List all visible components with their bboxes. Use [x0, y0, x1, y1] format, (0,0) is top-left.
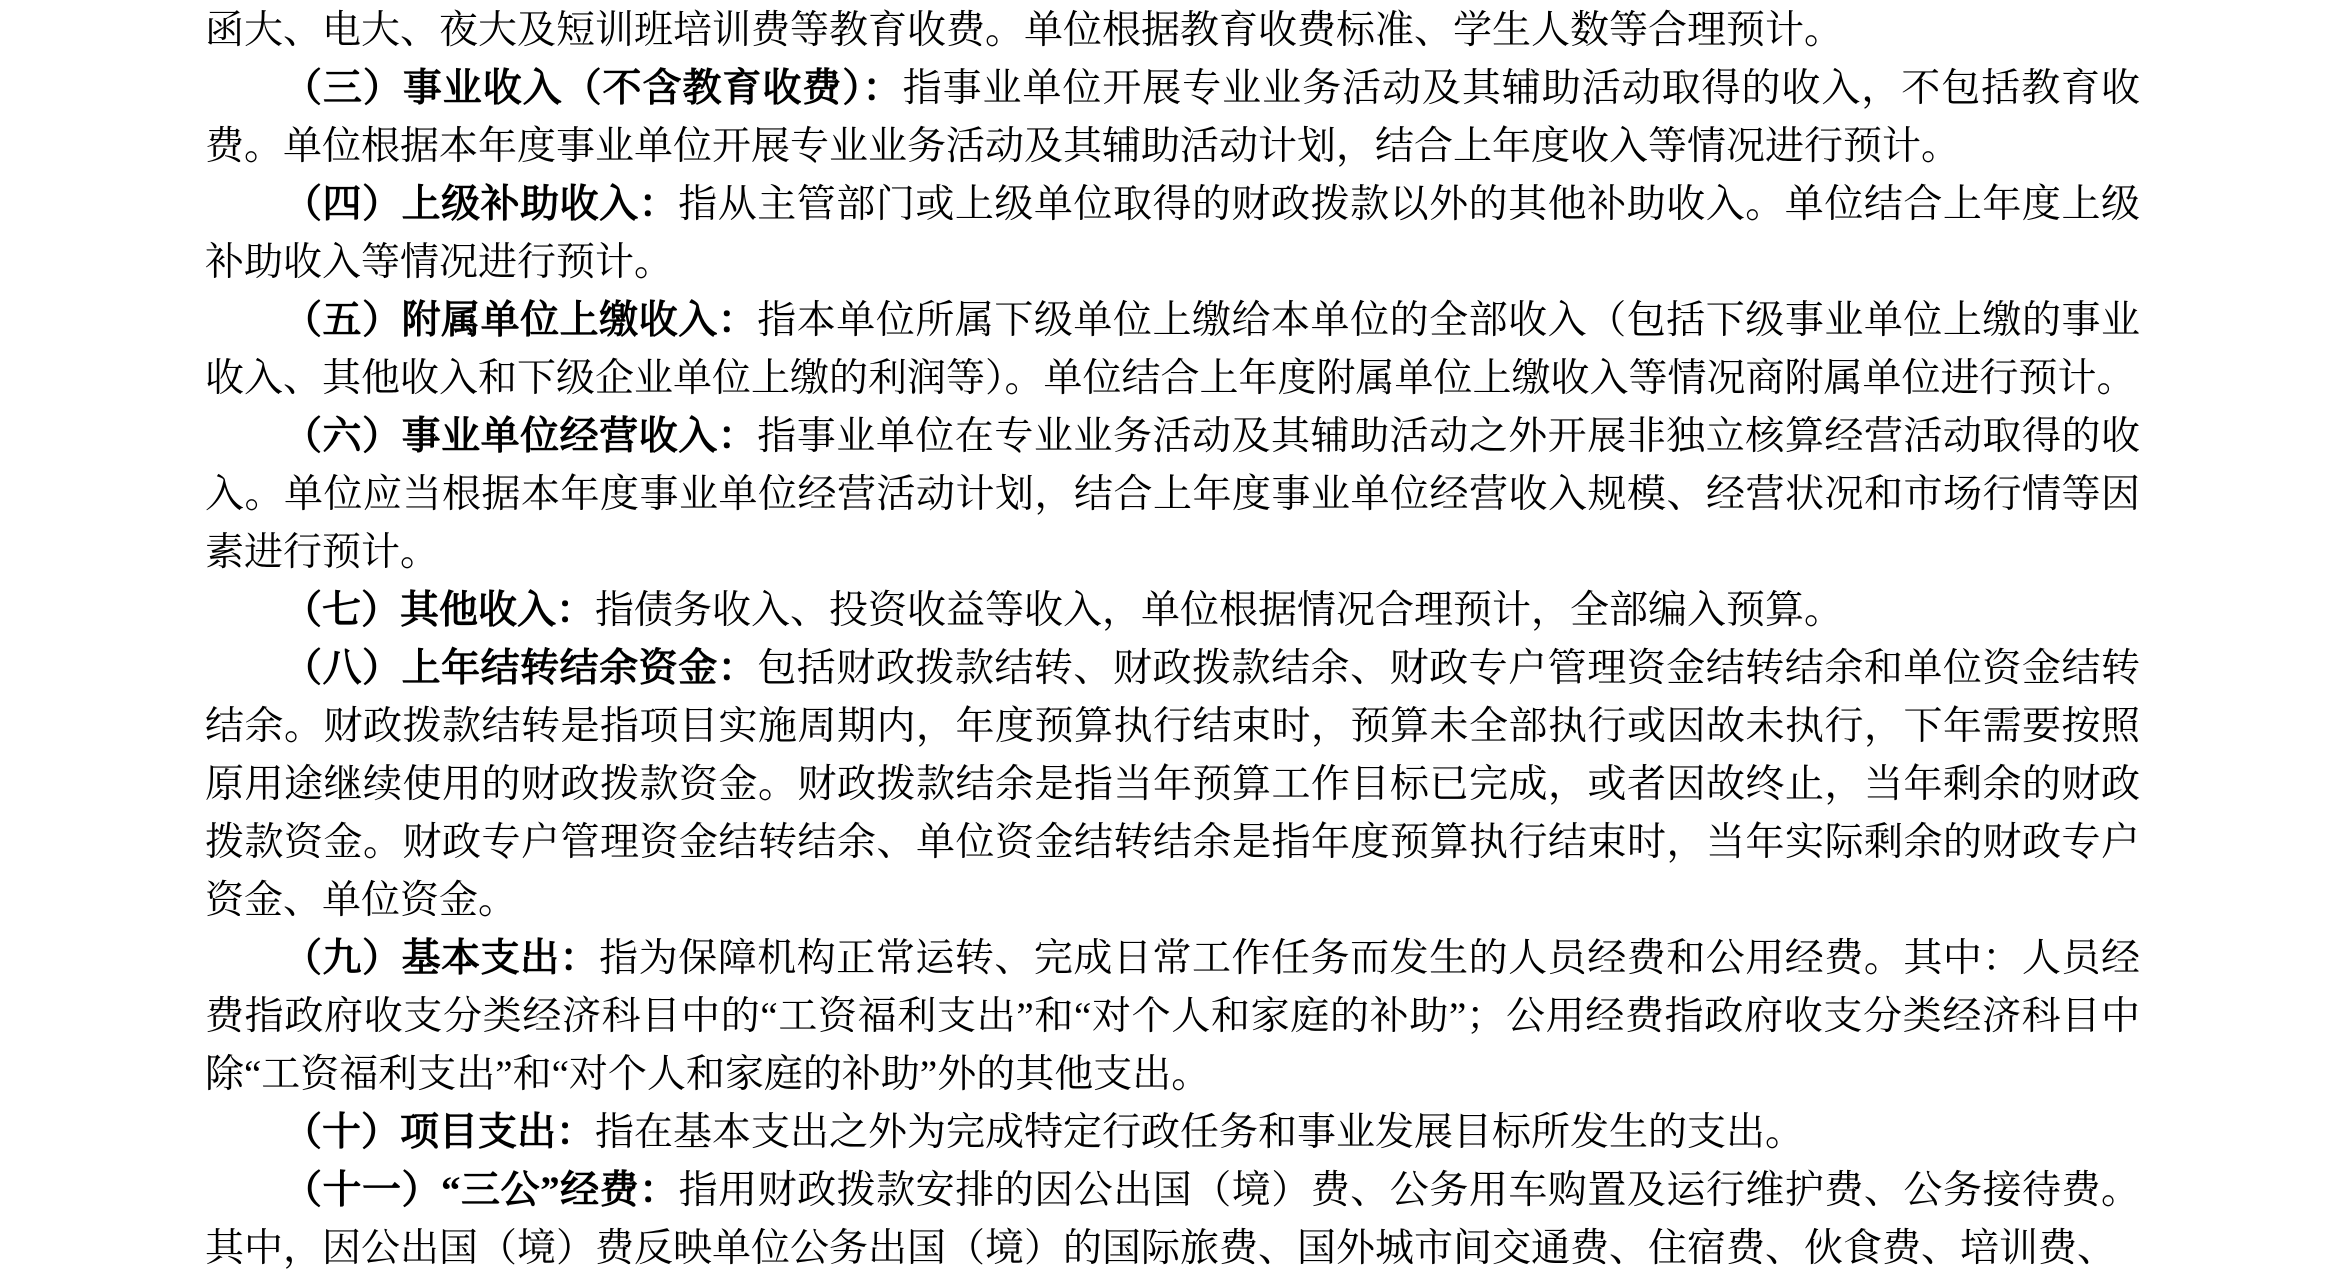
clause-heading: （四）上级补助收入： [283, 183, 678, 226]
clause-heading: （八）上年结转结余资金： [283, 647, 757, 690]
paragraph-clause-9-basic-expenditure: （九）基本支出：指为保障机构正常运转、完成日常工作任务而发生的人员经费和公用经费… [205, 930, 2140, 1104]
clause-heading: （十一）“三公”经费： [283, 1169, 679, 1212]
paragraph-clause-5-affiliated-unit-income: （五）附属单位上缴收入：指本单位所属下级单位上缴给本单位的全部收入（包括下级事业… [205, 292, 2140, 408]
paragraph-clause-8-carryover-funds: （八）上年结转结余资金：包括财政拨款结转、财政拨款结余、财政专户管理资金结转结余… [205, 640, 2140, 930]
paragraph-clause-10-project-expenditure: （十）项目支出：指在基本支出之外为完成特定行政任务和事业发展目标所发生的支出。 [205, 1104, 2140, 1162]
clause-heading: （六）事业单位经营收入： [283, 415, 757, 458]
clause-body: 指债务收入、投资收益等收入，单位根据情况合理预计，全部编入预算。 [595, 589, 1843, 632]
clause-heading: （十）项目支出： [283, 1111, 595, 1154]
paragraph-clause-4-superior-subsidy-income: （四）上级补助收入：指从主管部门或上级单位取得的财政拨款以外的其他补助收入。单位… [205, 176, 2140, 292]
paragraph-education-fees-continuation: 函大、电大、夜大及短训班培训费等教育收费。单位根据教育收费标准、学生人数等合理预… [205, 2, 2140, 60]
paragraph-clause-3-business-income: （三）事业收入（不含教育收费）：指事业单位开展专业业务活动及其辅助活动取得的收入… [205, 60, 2140, 176]
paragraph-clause-7-other-income: （七）其他收入：指债务收入、投资收益等收入，单位根据情况合理预计，全部编入预算。 [205, 582, 2140, 640]
clause-heading: （七）其他收入： [283, 589, 595, 632]
paragraph-clause-6-operating-income: （六）事业单位经营收入：指事业单位在专业业务活动及其辅助活动之外开展非独立核算经… [205, 408, 2140, 582]
clause-heading: （九）基本支出： [283, 937, 599, 980]
clause-body: 指在基本支出之外为完成特定行政任务和事业发展目标所发生的支出。 [595, 1111, 1804, 1154]
clause-heading: （三）事业收入（不含教育收费）： [283, 67, 903, 110]
document-page: 函大、电大、夜大及短训班培训费等教育收费。单位根据教育收费标准、学生人数等合理预… [0, 0, 2339, 1274]
paragraph-clause-11-three-public-expenses: （十一）“三公”经费：指用财政拨款安排的因公出国（境）费、公务用车购置及运行维护… [205, 1162, 2140, 1274]
clause-heading: （五）附属单位上缴收入： [283, 299, 757, 342]
clause-body: 函大、电大、夜大及短训班培训费等教育收费。单位根据教育收费标准、学生人数等合理预… [205, 9, 1843, 52]
